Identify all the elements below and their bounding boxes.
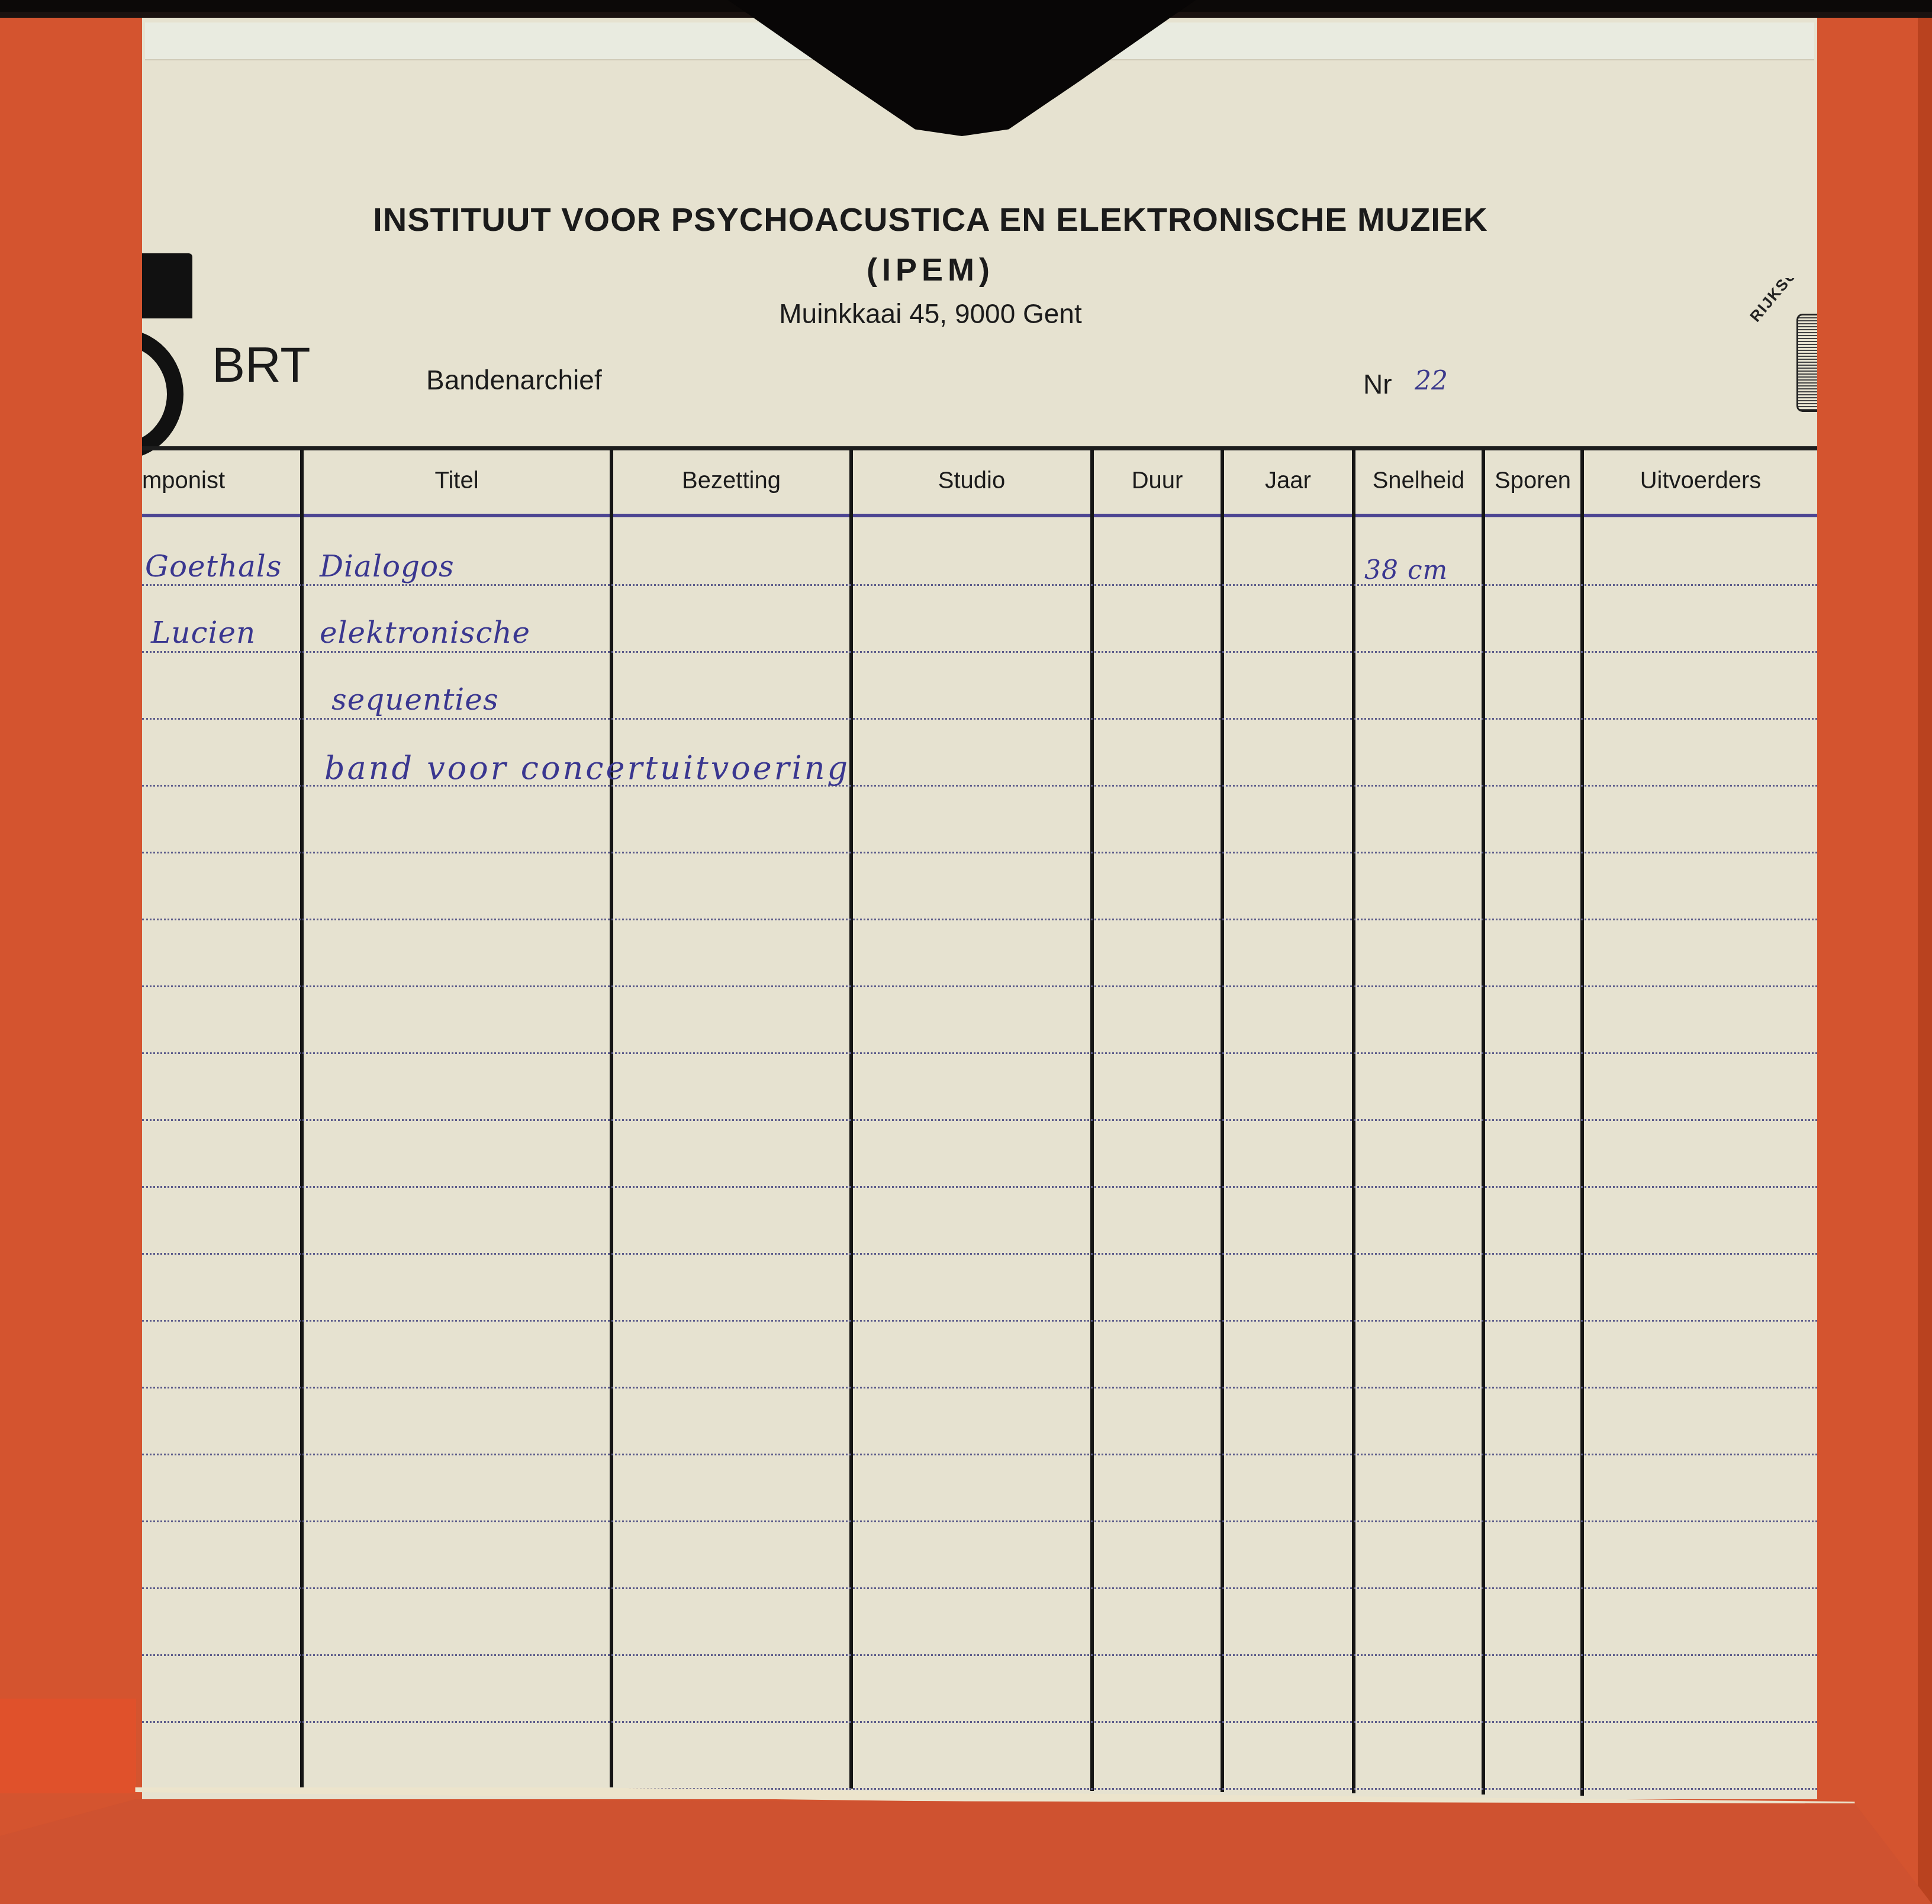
handwritten-componist-firstname: Lucien <box>151 616 256 650</box>
handwritten-title-line-3: sequenties <box>331 682 499 717</box>
table-top-rule <box>142 446 1817 450</box>
column-header-bezetting: Bezetting <box>613 468 849 494</box>
entry-row-line <box>142 1454 1817 1455</box>
institute-name: INSTITUUT VOOR PSYCHOACUSTICA EN ELEKTRO… <box>0 200 1896 239</box>
crest-icon <box>1796 314 1817 412</box>
entry-row-line <box>142 1052 1817 1054</box>
entry-row-line <box>142 1721 1817 1723</box>
broadcaster-name: BRT <box>212 336 310 394</box>
column-header-snelheid: Snelheid <box>1355 468 1482 494</box>
column-header-duur: Duur <box>1094 468 1221 494</box>
column-header-sporen: Sporen <box>1485 468 1580 494</box>
brt-logo-bar <box>142 253 192 318</box>
entry-row-line <box>142 718 1817 720</box>
number-label: Nr <box>1363 368 1392 400</box>
entry-row-line <box>142 651 1817 653</box>
institute-abbreviation: (IPEM) <box>0 252 1896 288</box>
column-divider <box>300 450 304 1787</box>
table-header-rule <box>142 514 1817 517</box>
entry-row-line <box>142 852 1817 853</box>
column-header-componist: mponist <box>142 468 255 494</box>
entry-row-line <box>142 1253 1817 1255</box>
entry-row-line <box>142 584 1817 586</box>
institute-address: Muinkkaai 45, 9000 Gent <box>0 298 1896 330</box>
sleeve-left-tab <box>0 1699 136 1793</box>
column-header-titel: Titel <box>304 468 610 494</box>
column-header-jaar: Jaar <box>1224 468 1352 494</box>
handwritten-title-line-4: band voor concertuitvoering <box>324 749 850 787</box>
handwritten-title-line-2: elektronische <box>320 616 530 650</box>
archive-label: Bandenarchief <box>426 364 602 396</box>
sleeve-right-edge <box>1918 18 1932 1904</box>
column-header-uitvoerders: Uitvoerders <box>1584 468 1817 494</box>
entry-row-line <box>142 1186 1817 1188</box>
entry-row-line <box>142 985 1817 987</box>
handwritten-title-line-1: Dialogos <box>320 549 455 584</box>
column-header-studio: Studio <box>853 468 1090 494</box>
entry-row-line <box>142 1320 1817 1322</box>
entry-row-line <box>142 1587 1817 1589</box>
handwritten-speed: 38 cm <box>1364 555 1448 585</box>
entry-row-line <box>142 1520 1817 1522</box>
brt-logo-icon <box>142 253 192 422</box>
entry-row-line <box>142 1654 1817 1656</box>
number-value: 22 <box>1415 366 1448 396</box>
entry-row-line <box>142 1119 1817 1121</box>
entry-row-line <box>142 919 1817 920</box>
university-stamp-icon: RIJKSUNIVE <box>1740 278 1817 414</box>
handwritten-componist-surname: Goethals <box>145 549 282 584</box>
entry-row-line <box>142 1387 1817 1388</box>
sleeve-bottom-flap <box>0 1799 1932 1904</box>
column-divider <box>610 450 613 1787</box>
